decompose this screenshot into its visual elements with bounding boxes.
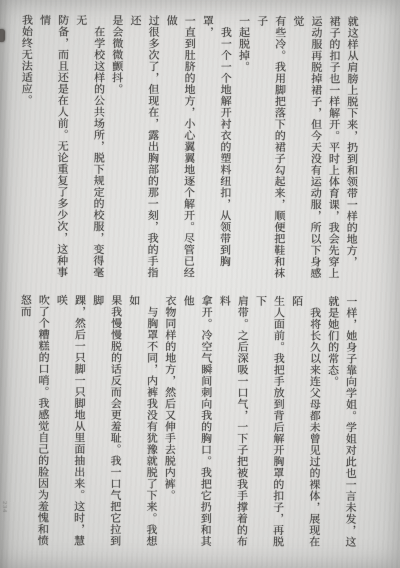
text-column: 一起脱掉。 xyxy=(233,15,252,288)
text-column: 我始终无法适应。 xyxy=(16,14,35,287)
text-column: 就是她们的常态。 xyxy=(323,296,342,555)
book-page: 就这样从肩膀上脱下来，扔到和领带一样的地方， 裙子的扣子也一样解开。平时上体育课… xyxy=(0,0,400,568)
text-column: 肩带。之后深吸一口气，一下子把被我手撑着的布料 xyxy=(214,295,251,554)
text-column: 我将长久以来连父母都未曾见过的裸体，展现在陌 xyxy=(286,295,323,554)
text-column: 过很多次了，但现在，露出胸部的那一刻，我的手指还 xyxy=(125,15,162,288)
text-column: 衣物同样的地方，然后又伸手去脱内裤。 xyxy=(160,295,179,554)
text-column: 运动服再脱掉裙子，但今天没有运动服，所以下身感觉 xyxy=(288,15,325,288)
text-column: 一样，她身子靠向学姐。学姐对此也一言未发，这 xyxy=(341,296,360,555)
text-column: 一直到肚脐的地方，小心翼翼地逐个解开。尽管已经做 xyxy=(161,15,198,288)
text-column: 防备，而且还是在人前。无论重复了多少次，这种事情 xyxy=(34,14,71,287)
text-column: 在学校这样的公共场所，脱下规定的校服，变得毫无 xyxy=(70,14,107,287)
text-column: 果我慢慢脱的话反而会更羞耻。我一口气把它拉到脚 xyxy=(87,295,124,554)
page-content: 就这样从肩膀上脱下来，扔到和领带一样的地方， 裙子的扣子也一样解开。平时上体育课… xyxy=(0,0,400,568)
text-column: 是会微微颤抖。 xyxy=(107,15,126,288)
text-column: 就这样从肩膀上脱下来，扔到和领带一样的地方， xyxy=(342,16,361,289)
text-column: 与胸罩不同，内裤我没有犹豫就脱了下来。我想如 xyxy=(124,295,161,554)
text-column: 拿开。冷空气瞬间刺向我的胸口。我把它扔到和其他 xyxy=(178,295,215,554)
page-number: 234 xyxy=(1,501,7,513)
text-column: 裙子的扣子也一样解开。平时上体育课，我会先穿上 xyxy=(324,16,343,289)
text-column: 踝，然后一只脚一只脚地从里面抽出来。这时，慧咲 xyxy=(51,294,88,553)
text-tier-bottom: 一样，她身子靠向学姐。学姐对此也一言未发，这 就是她们的常态。 我将长久以来连父… xyxy=(15,294,360,554)
text-column: 生人面前。我把手放到背后解开胸罩的扣子，再脱下 xyxy=(250,295,287,554)
text-column: 吹了个糟糕的口哨。我感觉自己的脸因为羞愧和愤怒而 xyxy=(15,294,52,553)
text-column: 我一个一个地解开衬衣的塑料纽扣，从领带到胸罩， xyxy=(197,15,234,288)
text-tier-top: 就这样从肩膀上脱下来，扔到和领带一样的地方， 裙子的扣子也一样解开。平时上体育课… xyxy=(16,14,361,288)
text-column: 有些冷。我用脚把落下的裙子勾起来，顺便把鞋和袜子 xyxy=(251,15,288,288)
